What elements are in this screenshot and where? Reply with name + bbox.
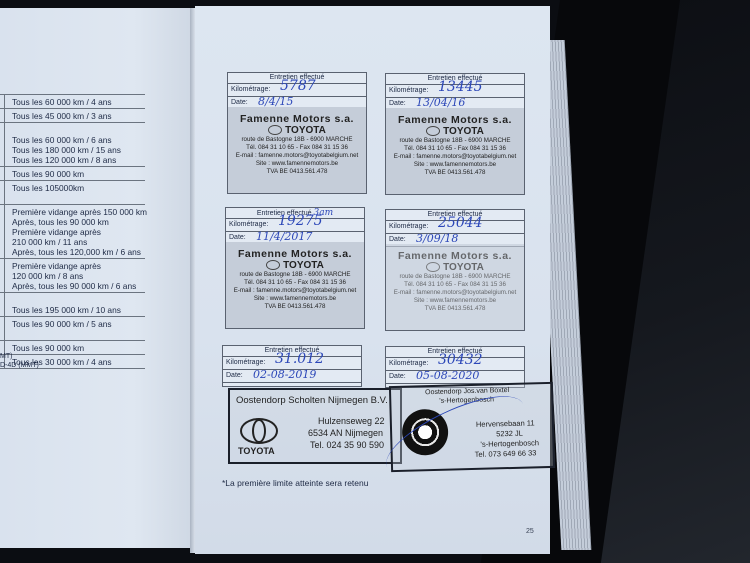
interval-text: Tous les 90 000 km	[12, 169, 145, 179]
interval-text: Tous les 90 000 km	[12, 343, 145, 353]
stamp-phone: Tel. 024 35 90 590	[310, 440, 384, 450]
interval-text: Tous les 90 000 km / 5 ans	[12, 319, 145, 329]
km-value: 30432	[438, 354, 483, 366]
stamp-email: E-mail : famenne.motors@toyotabelgium.ne…	[386, 153, 524, 161]
interval-text	[12, 295, 145, 305]
date-value: 05-08-2020	[416, 370, 479, 382]
stamp-phone: Tél. 084 31 10 65 - Fax 084 31 15 36	[386, 281, 524, 289]
dealer-stamp: Famenne Motors s.a. TOYOTA route de Bast…	[226, 242, 364, 328]
service-card: Entretien effectué Kilométrage:5787 Date…	[227, 72, 367, 194]
stamp-phone: Tél. 084 31 10 65 - Fax 084 31 15 36	[226, 279, 364, 287]
interval-text: Après, tous les 90 000 km / 6 ans	[12, 281, 145, 291]
date-label: Date:	[229, 234, 246, 241]
interval-text: Première vidange après 150 000 km	[12, 207, 145, 217]
interval-row: Tous les 90 000 km / 5 ans	[0, 317, 145, 341]
service-card: Entretien effectué Kilométrage:31.012 Da…	[222, 345, 362, 387]
interval-row: Première vidange après120 000 km / 8 ans…	[0, 259, 145, 293]
interval-row: Tous les 60 000 km / 4 ans	[0, 94, 145, 109]
stamp-brand: TOYOTA	[226, 260, 364, 271]
date-label: Date:	[389, 373, 406, 380]
interval-row: Tous les 105000km	[0, 181, 145, 205]
stamp-vat: TVA BE 0413.561.478	[226, 303, 364, 311]
interval-text: Tous les 45 000 km / 3 ans	[12, 111, 145, 121]
maintenance-interval-table: Tous les 60 000 km / 4 ansTous les 45 00…	[0, 94, 145, 369]
km-label: Kilométrage:	[389, 223, 428, 230]
interval-text	[12, 193, 145, 203]
interval-text: Première vidange après	[12, 227, 145, 237]
interval-row: Tous les 195 000 km / 10 ans	[0, 293, 145, 317]
interval-text	[12, 329, 145, 339]
model-note: MT)	[0, 352, 12, 361]
stamp-brand: TOYOTA	[228, 125, 366, 136]
date-label: Date:	[389, 100, 406, 107]
stamp-company: Famenne Motors s.a.	[386, 114, 524, 126]
service-card: Entretien effectué Kilométrage:13445 Dat…	[385, 73, 525, 195]
stamp-email: E-mail : famenne.motors@toyotabelgium.ne…	[226, 287, 364, 295]
footnote: *La première limite atteinte sera retenu	[222, 478, 368, 488]
km-label: Kilométrage:	[226, 359, 265, 366]
stamp-company: Famenne Motors s.a.	[226, 248, 364, 260]
date-field: Date:02-08-2019	[223, 370, 361, 383]
stamp-site: Site : www.famennemotors.be	[226, 295, 364, 303]
stamp-address: route de Bastogne 18B - 6900 MARCHE	[228, 136, 366, 144]
stamp-city: 6534 AN Nijmegen	[308, 428, 383, 438]
interval-row: Première vidange après 150 000 kmAprès, …	[0, 205, 145, 259]
dealer-stamp: Famenne Motors s.a. TOYOTA route de Bast…	[228, 107, 366, 193]
stamp-nijmegen: Oostendorp Scholten Nijmegen B.V. TOYOTA…	[228, 388, 402, 464]
toyota-logo-icon	[426, 262, 440, 272]
stamp-vat: TVA BE 0413.561.478	[228, 168, 366, 176]
stamp-email: E-mail : famenne.motors@toyotabelgium.ne…	[228, 152, 366, 160]
interval-text: Tous les 105000km	[12, 183, 145, 193]
date-label: Date:	[226, 372, 243, 379]
km-label: Kilométrage:	[389, 87, 428, 94]
stamp-site: Site : www.famennemotors.be	[386, 297, 524, 305]
km-value: 5787	[280, 80, 316, 92]
stamp-street: Hulzenseweg 22	[318, 416, 385, 426]
dealer-stamp: Famenne Motors s.a. TOYOTA route de Bast…	[386, 244, 524, 330]
stamp-address: route de Bastogne 18B - 6900 MARCHE	[386, 273, 524, 281]
interval-text	[12, 125, 145, 135]
left-page: Tous les 60 000 km / 4 ansTous les 45 00…	[0, 8, 192, 548]
stamp-phone: Tel. 073 649 66 33	[475, 448, 537, 459]
stamp-brand: TOYOTA	[238, 446, 275, 456]
km-field: Kilométrage:5787	[228, 84, 366, 97]
km-value: 31.012	[275, 353, 324, 365]
stamp-site: Site : www.famennemotors.be	[386, 161, 524, 169]
interval-row: Tous les 90 000 km	[0, 341, 145, 355]
interval-text: Tous les 120 000 km / 8 ans	[12, 155, 145, 165]
stamp-email: E-mail : famenne.motors@toyotabelgium.ne…	[386, 289, 524, 297]
km-value: 13445	[438, 81, 483, 93]
toyota-logo-icon	[268, 125, 282, 135]
stamp-phone: Tél. 084 31 10 65 - Fax 084 31 15 36	[228, 144, 366, 152]
page-number: 25	[526, 528, 534, 535]
interval-text: Tous les 60 000 km / 4 ans	[12, 97, 145, 107]
toyota-logo-icon	[426, 126, 440, 136]
date-value: 02-08-2019	[253, 369, 316, 381]
toyota-logo-icon	[266, 260, 280, 270]
interval-text: Tous les 195 000 km / 10 ans	[12, 305, 145, 315]
interval-text: Tous les 60 000 km / 6 ans	[12, 135, 145, 145]
service-card: Entretien effectué 3am Kilométrage:19275…	[225, 207, 365, 329]
interval-text: 210 000 km / 11 ans	[12, 237, 145, 247]
stamp-company: Oostendorp Scholten Nijmegen B.V.	[236, 395, 388, 406]
stamp-vat: TVA BE 0413.561.478	[386, 305, 524, 313]
date-field: Date:05-08-2020	[386, 371, 524, 384]
km-label: Kilométrage:	[229, 221, 268, 228]
date-label: Date:	[389, 236, 406, 243]
stamp-site: Site : www.famennemotors.be	[228, 160, 366, 168]
date-label: Date:	[231, 99, 248, 106]
service-card: Entretien effectué Kilométrage:30432 Dat…	[385, 346, 525, 388]
dealer-stamp: Famenne Motors s.a. TOYOTA route de Bast…	[386, 108, 524, 194]
km-label: Kilométrage:	[389, 360, 428, 367]
interval-row: Tous les 60 000 km / 6 ansTous les 180 0…	[0, 123, 145, 167]
interval-text: Après, tous les 90 000 km	[12, 217, 145, 227]
stamp-address: route de Bastogne 18B - 6900 MARCHE	[386, 137, 524, 145]
service-card: Entretien effectué Kilométrage:25044 Dat…	[385, 209, 525, 331]
km-value: 25044	[438, 217, 483, 229]
stamp-vat: TVA BE 0413.561.478	[386, 169, 524, 177]
stamp-brand: TOYOTA	[386, 126, 524, 137]
interval-text: Tous les 180 000 km / 15 ans	[12, 145, 145, 155]
km-label: Kilométrage:	[231, 86, 270, 93]
stamp-phone: Tél. 084 31 10 65 - Fax 084 31 15 36	[386, 145, 524, 153]
stamp-company: Famenne Motors s.a.	[386, 250, 524, 262]
stamp-address: route de Bastogne 18B - 6900 MARCHE	[226, 271, 364, 279]
toyota-logo-icon	[240, 418, 278, 444]
km-value: 19275	[278, 215, 323, 227]
model-note: D-4D (MMT)	[0, 361, 39, 370]
stamp-company: Famenne Motors s.a.	[228, 113, 366, 125]
interval-text: Première vidange après	[12, 261, 145, 271]
interval-text: 120 000 km / 8 ans	[12, 271, 145, 281]
stamp-brand: TOYOTA	[386, 262, 524, 273]
interval-row: Tous les 45 000 km / 3 ans	[0, 109, 145, 123]
stamp-company: Oostendorp Jos.van Boxtel	[425, 387, 509, 396]
interval-row: Tous les 90 000 km	[0, 167, 145, 181]
interval-text: Après, tous les 120,000 km / 6 ans	[12, 247, 145, 257]
